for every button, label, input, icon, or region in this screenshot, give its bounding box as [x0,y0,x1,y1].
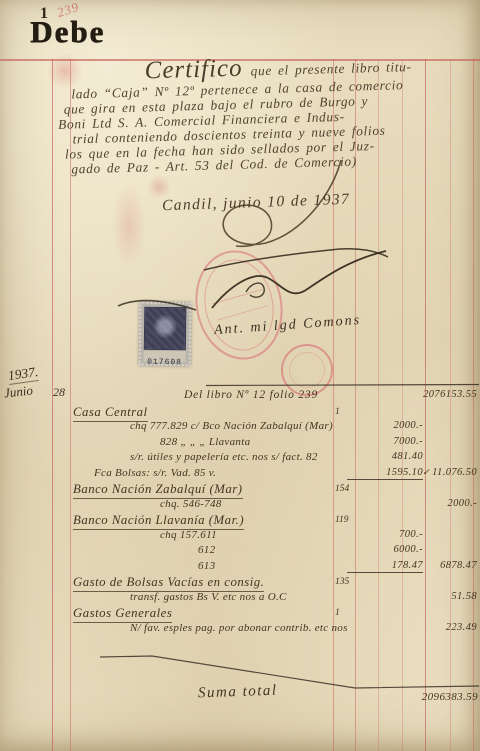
total-label: Suma total [198,683,278,703]
ledger-row-desc: 613 [198,560,215,572]
ledger-row: 828 „ „ „ Llavanta7000.- [72,436,480,452]
ledger-row: chq. 546-7482000.- [72,498,480,514]
judge-signature-loop [246,283,264,297]
ledger-page: 1 239 Debe Certificoque el presente libr… [0,0,480,751]
ledger-row-desc: Fca Bolsas: s/r. Vad. 85 v. [94,467,216,479]
ledger-row-desc: Gastos Generales [73,606,172,623]
ledger-row-sub-amount: 700.- [399,529,423,540]
check-mark: ✓ [422,467,430,477]
ledger-row-desc: N/ fav. esples pag. por abonar contrib. … [130,622,348,634]
ledger-row-desc: 612 [198,544,215,556]
total-amount: 2096383.59 [404,691,478,703]
ledger-row-main-amount: ✓11.076.50 [422,467,477,478]
ledger-date-day: 28 [53,385,65,400]
ledger-row-sub-amount: 6000.- [393,544,423,555]
ledger-row-sub-amount: 481.40 [392,451,423,462]
ledger-row-desc: Casa Central [73,405,148,422]
ledger-row-sub-amount: 2000.- [393,420,423,431]
pen-flourish [223,160,341,246]
ledger-row: 613178.476878.47 [72,560,480,576]
ledger-row-folio: 1 [335,407,340,417]
ledger-date-month: Junio [3,383,33,402]
ledger-row-main-amount: 2076153.55 [423,389,477,400]
ledger-row-desc: 828 „ „ „ Llavanta [160,436,250,448]
ledger-row-main-amount: 2000.- [447,498,477,509]
ledger-row: Gasto de Bolsas Vacías en consig.135 [72,575,480,591]
ledger-row-main-amount: 223.49 [446,622,477,633]
ledger-row: chq 157.611700.- [72,529,480,545]
closing-diagonal-rule [100,656,479,688]
ledger-row-folio: 154 [335,484,349,494]
ledger-row-sub-amount: 1595.10 [347,467,423,480]
ledger-row-desc: chq 157.611 [160,529,217,541]
ledger-row-desc: chq. 546-748 [160,498,222,510]
ledger-row: Fca Bolsas: s/r. Vad. 85 v.1595.10✓11.07… [72,467,480,483]
ledger-row: Banco Nación Llavanía (Mar.)119 [72,513,480,529]
ledger-row-desc: transf. gastos Bs V. etc nos a O.C [130,591,287,603]
judge-signature [212,251,386,308]
ledger-row-sub-amount: 7000.- [393,436,423,447]
ledger-row: Gastos Generales1 [72,606,480,622]
ledger-row-folio: 135 [335,577,349,587]
stamp-cancellation-stroke [118,301,196,310]
opening-entry-rule [206,385,479,386]
ledger-row-desc: Gasto de Bolsas Vacías en consig. [73,575,264,592]
ledger-row: Casa Central1 [72,405,480,421]
ledger-row-folio: 119 [335,515,349,525]
ledger-row-sub-amount: 178.47 [347,560,423,573]
ledger-row-desc: s/r. útiles y papelería etc. nos s/ fact… [130,451,318,463]
ledger-row: s/r. útiles y papelería etc. nos s/ fact… [72,451,480,467]
ledger-row-folio: 1 [335,608,340,618]
ledger-row-desc: chq 777.829 c/ Bco Nación Zabalquí (Mar) [130,420,333,432]
ledger-row-desc: Banco Nación Zabalquí (Mar) [73,482,243,499]
ledger-row: chq 777.829 c/ Bco Nación Zabalquí (Mar)… [72,420,480,436]
ledger-row-main-amount: 6878.47 [440,560,477,571]
ledger-rows: Del libro Nº 12 folio 2392076153.55Casa … [72,389,480,637]
ledger-row-main-amount: 51.58 [451,591,477,602]
ink-strokes-layer [0,0,480,751]
ledger-row: Del libro Nº 12 folio 2392076153.55 [72,389,480,405]
ledger-row-desc: Del libro Nº 12 folio 239 [184,389,318,401]
ledger-row-desc: Banco Nación Llavanía (Mar.) [73,513,244,530]
ledger-row: N/ fav. esples pag. por abonar contrib. … [72,622,480,638]
ledger-row: transf. gastos Bs V. etc nos a O.C51.58 [72,591,480,607]
ledger-row: 6126000.- [72,544,480,560]
ledger-row: Banco Nación Zabalquí (Mar)154 [72,482,480,498]
